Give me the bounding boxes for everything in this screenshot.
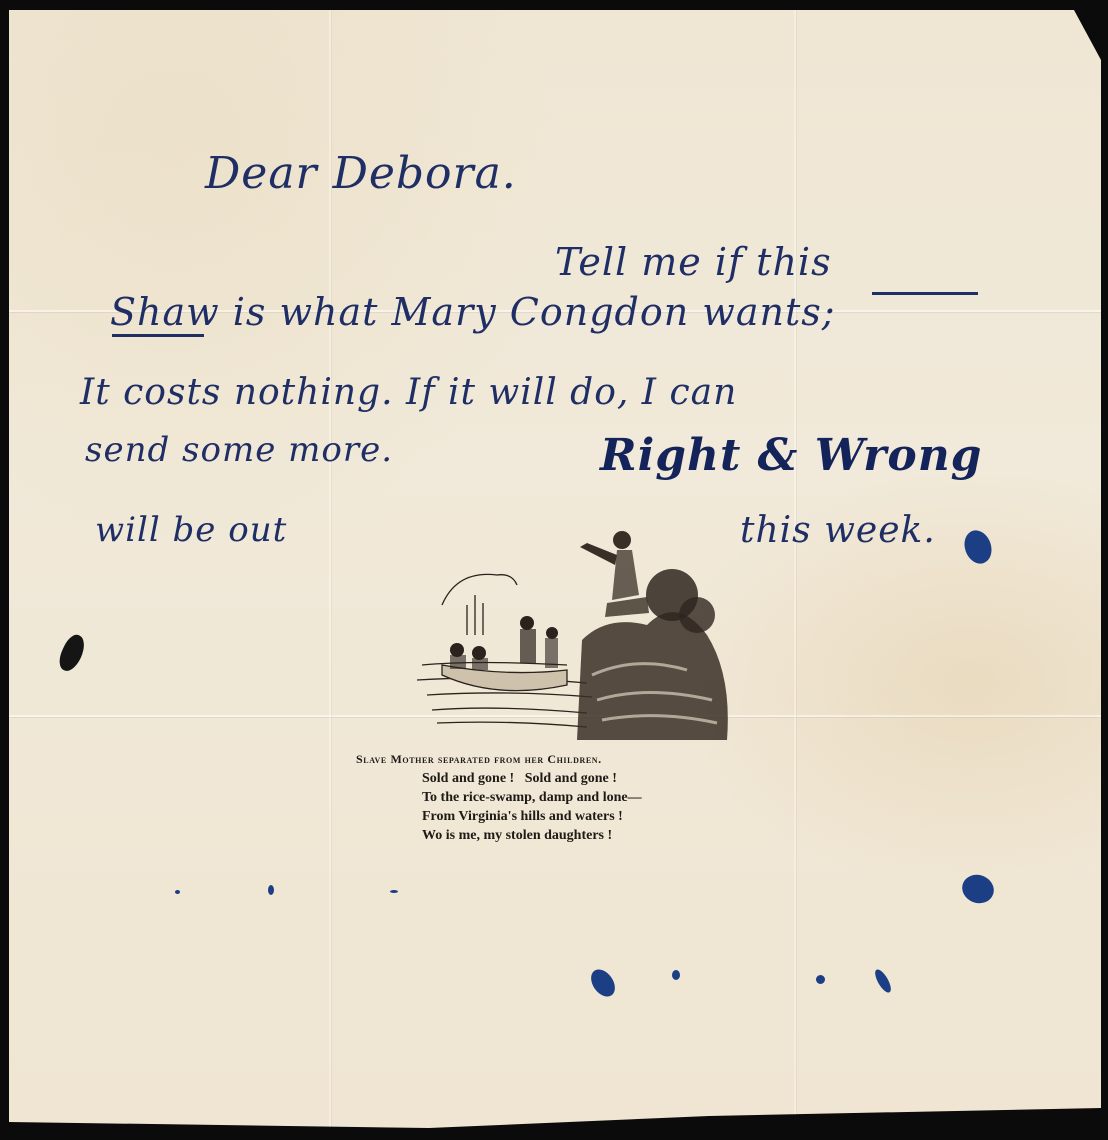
ink-spot	[672, 970, 680, 980]
verse-line-2: To the rice-swamp, damp and lone—	[422, 788, 770, 807]
slave-mother-engraving	[417, 525, 732, 740]
letter-line-right-and-wrong: Right & Wrong	[600, 430, 982, 481]
letter-line-3: It costs nothing. If it will do, I can	[80, 372, 737, 413]
engraving-caption: Slave Mother separated from her Children…	[350, 752, 770, 845]
letter-line-1: Tell me if this	[555, 240, 832, 284]
verse-line-3: From Virginia's hills and waters !	[422, 807, 770, 826]
verse-line-1: Sold and gone ! Sold and gone !	[422, 769, 770, 788]
ink-spot	[175, 890, 180, 894]
ink-spot	[390, 890, 398, 893]
letter-line-4: send some more.	[85, 430, 393, 470]
verse-line-4: Wo is me, my stolen daughters !	[422, 826, 770, 845]
letter-line-7: this week.	[740, 510, 936, 551]
letter-line-2: Shaw is what Mary Congdon wants;	[110, 290, 836, 334]
ink-spot	[268, 885, 274, 895]
ink-spot	[816, 975, 825, 984]
underline-shaw	[112, 334, 204, 337]
fold-crease	[794, 10, 796, 1128]
letter-line-6: will be out	[95, 510, 287, 550]
underline-this	[872, 292, 978, 295]
verse: Sold and gone ! Sold and gone ! To the r…	[422, 769, 770, 845]
caption-title: Slave Mother separated from her Children…	[350, 752, 770, 767]
salutation: Dear Debora.	[205, 148, 517, 199]
